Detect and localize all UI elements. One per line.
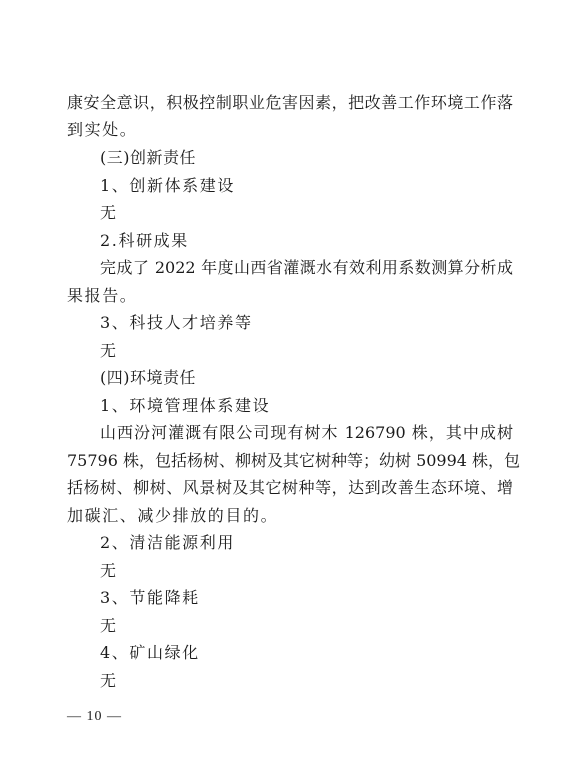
section-heading-environment: (四)环境责任 — [100, 368, 196, 388]
body-text-line: 加碳汇、减少排放的目的。 — [67, 506, 278, 526]
body-text-line: 果报告。 — [67, 286, 137, 306]
subheading-mine-greening: 4、矿山绿化 — [100, 643, 200, 663]
body-text-line: 康安全意识，积极控制职业危害因素，把改善工作环境工作落 — [67, 93, 513, 113]
document-page: 康安全意识，积极控制职业危害因素，把改善工作环境工作落 到实处。 (三)创新责任… — [0, 0, 579, 777]
body-text-none: 无 — [100, 341, 118, 361]
body-text-line: 75796 株，包括杨树、柳树及其它树种等；幼树 50994 株，包 — [67, 451, 513, 471]
body-text-none: 无 — [100, 671, 118, 691]
subheading-environment-management: 1、环境管理体系建设 — [100, 396, 270, 416]
subheading-clean-energy: 2、清洁能源利用 — [100, 533, 235, 553]
body-text-line: 完成了 2022 年度山西省灌溉水有效利用系数测算分析成 — [100, 258, 513, 278]
subheading-talent-training: 3、科技人才培养等 — [100, 313, 253, 333]
body-text-none: 无 — [100, 616, 118, 636]
page-number: — 10 — — [67, 708, 122, 726]
subheading-energy-saving: 3、节能降耗 — [100, 588, 200, 608]
subheading-innovation-system: 1、创新体系建设 — [100, 176, 235, 196]
subheading-research-results: 2.科研成果 — [100, 231, 189, 251]
body-text-none: 无 — [100, 561, 118, 581]
body-text-none: 无 — [100, 203, 118, 223]
body-text-line: 括杨树、柳树、风景树及其它树种等，达到改善生态环境、增 — [67, 478, 513, 498]
section-heading-innovation: (三)创新责任 — [100, 148, 196, 168]
body-text-line: 山西汾河灌溉有限公司现有树木 126790 株，其中成树 — [100, 423, 513, 443]
body-text-line: 到实处。 — [67, 120, 137, 140]
